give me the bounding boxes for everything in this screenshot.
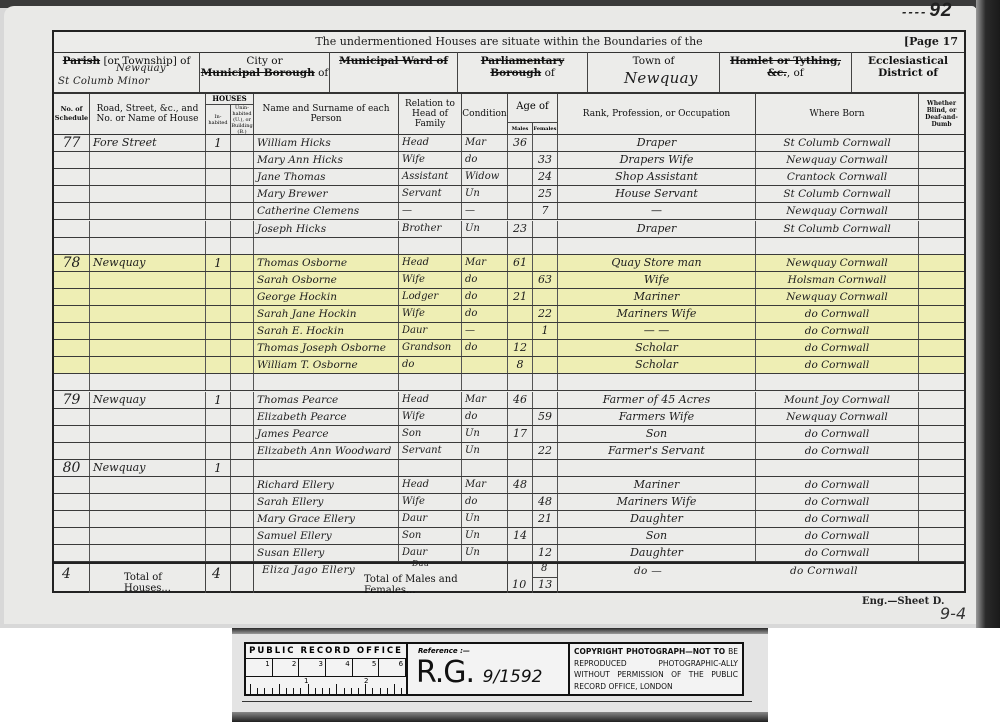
inhabited-cell [206,306,231,322]
schedule-cell [54,323,90,339]
uninhabited-cell [231,528,254,544]
age-male-cell [508,545,533,561]
road-cell: Newquay [90,255,206,271]
where-born-cell: Newquay Cornwall [756,152,919,168]
road-cell [90,221,206,237]
stamp-shadow-bottom [232,712,768,722]
inhabited-cell [206,289,231,305]
relation-cell: Wife [399,409,462,425]
road-cell [90,203,206,219]
uninhabited-cell [231,494,254,510]
age-female-cell: 21 [533,511,558,527]
occupation-cell: Shop Assistant [558,169,756,185]
age-male-cell [508,323,533,339]
inhabited-cell [206,169,231,185]
table-row: Richard ElleryHeadMar48Marinerdo Cornwal… [54,477,964,494]
schedule-cell [54,426,90,442]
where-born-cell: do Cornwall [756,528,919,544]
stamp-box: PUBLIC RECORD OFFICE 1 2 3 4 5 6 1 2 Ref… [244,642,744,696]
blind-deaf-cell [919,443,964,459]
occupation-cell: Farmer of 45 Acres [558,392,756,408]
age-female-cell: 1 [533,323,558,339]
age-female-cell [533,374,558,390]
place-heading-row: Parish [or Township] of Newquay St Colum… [54,52,964,94]
persons-total-label: Total of Males and Females... [364,574,507,596]
form-title: The undermentioned Houses are situate wi… [54,35,964,48]
relation-cell: Daur [399,323,462,339]
age-female-cell [533,528,558,544]
inhabited-cell: 1 [206,392,231,408]
occupation-cell: Mariners Wife [558,306,756,322]
where-born-cell: do Cornwall [756,306,919,322]
blind-deaf-cell [919,392,964,408]
name-cell: George Hockin [254,289,399,305]
table-row: 80Newquay1 [54,460,964,477]
schedule-cell [54,306,90,322]
age-female-cell [533,289,558,305]
uninhabited-cell [231,289,254,305]
uninhabited-cell [231,272,254,288]
relation-cell: Servant [399,443,462,459]
blind-deaf-cell [919,323,964,339]
schedule-cell: 78 [54,255,90,271]
inhabited-cell: 1 [206,460,231,476]
table-row: Catherine Clemens——7—Newquay Cornwall [54,203,964,220]
condition-cell: Mar [462,255,508,271]
age-male-cell: 48 [508,477,533,493]
blind-deaf-cell [919,477,964,493]
where-born-cell: St Columb Cornwall [756,135,919,151]
where-born-cell: do Cornwall [756,426,919,442]
road-cell [90,323,206,339]
road-cell [90,272,206,288]
blind-deaf-cell [919,460,964,476]
age-female-cell: 33 [533,152,558,168]
blind-deaf-cell [919,186,964,202]
age-female-cell [533,357,558,373]
road-cell: Fore Street [90,135,206,151]
where-born-cell: do Cornwall [756,443,919,459]
road-cell [90,306,206,322]
schedule-cell: 79 [54,392,90,408]
occupation-cell: Mariner [558,477,756,493]
condition-cell: Un [462,186,508,202]
where-born-cell: Newquay Cornwall [756,409,919,425]
totals-row: 4 Total of Houses... 4 Eliza Jago Ellery… [54,562,964,591]
age-male-cell [508,169,533,185]
sheet-footer: Eng.—Sheet D. [862,596,944,607]
age-female-cell [533,255,558,271]
road-cell [90,494,206,510]
age-male-cell: 46 [508,392,533,408]
where-born-cell [756,238,919,254]
schedule-cell [54,494,90,510]
age-title: Age of [508,94,557,123]
name-cell: Sarah Osborne [254,272,399,288]
road-cell [90,289,206,305]
blind-deaf-cell [919,238,964,254]
where-born-cell: Holsman Cornwall [756,272,919,288]
relation-cell: Head [399,392,462,408]
hamlet-cell: Hamlet or Tything, &c., of [720,52,852,92]
table-row: 79Newquay1Thomas PearceHeadMar46Farmer o… [54,392,964,409]
where-born-cell: Mount Joy Cornwall [756,392,919,408]
inhabited-cell [206,477,231,493]
col-condition: Condition [462,94,508,135]
occupation-cell: Scholar [558,340,756,356]
uninhabited-cell [231,357,254,373]
occupation-cell: — — [558,323,756,339]
road-cell: Newquay [90,392,206,408]
condition-cell: — [462,203,508,219]
occupation-cell: Son [558,426,756,442]
age-female-cell [533,477,558,493]
occupation-cell: — [558,203,756,219]
age-female-cell: 24 [533,169,558,185]
age-female-cell [533,221,558,237]
parliamentary-borough-cell: Parliamentary Borough of [458,52,588,92]
uninhabited-cell [231,135,254,151]
relation-cell: Brother [399,221,462,237]
table-row: Sarah OsborneWifedo63 WifeHolsman Cornwa… [54,272,964,289]
corner-note: 9-4 [940,604,966,623]
table-row: Samuel EllerySonUn14Sondo Cornwall [54,528,964,545]
uninhabited-cell [231,186,254,202]
name-cell: Elizabeth Ann Woodward [254,443,399,459]
table-row: Mary BrewerServantUn25House ServantSt Co… [54,186,964,203]
condition-cell [462,238,508,254]
stamp-shadow-top [232,628,768,634]
schedule-cell [54,443,90,459]
age-female-cell [533,340,558,356]
occupation-cell [558,238,756,254]
ruler-tick [394,684,395,694]
occupation-cell: Son [558,528,756,544]
occupation-cell: Scholar [558,357,756,373]
table-row: Thomas Joseph OsborneGrandsondo12Scholar… [54,340,964,357]
ruler-tick [344,688,345,694]
houses-total-label: Total of Houses... [124,572,205,594]
inhabited-cell [206,272,231,288]
stamp-reference: Reference :— R.G. 9/1592 [408,644,570,694]
ruler-tick [257,688,258,694]
uninhabited-cell [231,221,254,237]
table-row: James PearceSonUn17Sondo Cornwall [54,426,964,443]
ecclesiastical-district-label: Ecclesiastical District of [852,55,964,79]
overflow-born: do Cornwall [790,565,858,577]
overflow-name: Eliza Jago Ellery [262,564,355,576]
inhabited-total-cell: 4 [206,564,231,593]
blind-deaf-cell [919,169,964,185]
age-male-cell: 23 [508,221,533,237]
ruler-tick [329,688,330,694]
town-label: Town of [588,55,719,67]
age-female-cell [533,238,558,254]
condition-cell [462,357,508,373]
relation-cell: Grandson [399,340,462,356]
uninhabited-cell [231,392,254,408]
schedule-cell [54,409,90,425]
road-cell [90,511,206,527]
municipal-borough-label: City orMunicipal Borough of [200,55,329,79]
occupation-cell: Mariner [558,289,756,305]
blind-deaf-cell [919,306,964,322]
reference-label: Reference :— [418,647,470,655]
name-cell: Samuel Ellery [254,528,399,544]
schedule-cell [54,289,90,305]
table-row: Elizabeth PearceWifedo59Farmers WifeNewq… [54,409,964,426]
table-row: Elizabeth Ann WoodwardServantUn22Farmer'… [54,443,964,460]
occupation-cell: Quay Store man [558,255,756,271]
table-row: Sarah ElleryWifedo48Mariners Wifedo Corn… [54,494,964,511]
schedule-cell [54,477,90,493]
condition-cell: Un [462,426,508,442]
name-cell: Thomas Pearce [254,392,399,408]
road-cell [90,426,206,442]
table-row: Mary Ann HicksWifedo33Drapers WifeNewqua… [54,152,964,169]
table-row: Mary Grace ElleryDaurUn21Daughterdo Corn… [54,511,964,528]
schedule-cell [54,511,90,527]
condition-cell: do [462,340,508,356]
inhabited-cell [206,545,231,561]
inhabited-cell [206,203,231,219]
road-cell [90,152,206,168]
uninhabited-cell [231,255,254,271]
relation-cell: Wife [399,306,462,322]
road-cell [90,443,206,459]
occupation-cell: Drapers Wife [558,152,756,168]
uninhabited-cell [231,323,254,339]
condition-cell: do [462,306,508,322]
town-value: Newquay [624,69,698,87]
age-female-cell: 63 [533,272,558,288]
col-road: Road, Street, &c., and No. or Name of Ho… [90,94,206,135]
relation-cell [399,374,462,390]
blind-deaf-cell [919,203,964,219]
name-cell: Elizabeth Pearce [254,409,399,425]
schedule-cell [54,238,90,254]
table-row: Sarah E. HockinDaur—1— —do Cornwall [54,323,964,340]
col-born: Where Born [756,94,919,135]
uninhabited-cell [231,426,254,442]
name-cell: Joseph Hicks [254,221,399,237]
ruler-cm: 3 [299,659,326,676]
road-cell [90,409,206,425]
reference-value: R.G. 9/1592 [416,655,542,690]
where-born-cell: Newquay Cornwall [756,203,919,219]
condition-cell: Mar [462,477,508,493]
stamp-office: PUBLIC RECORD OFFICE [246,644,406,659]
col-uninhabited: Unin-habited (U.), or Building (B.) [231,105,253,135]
inhabited-cell [206,323,231,339]
schedule-cell [54,152,90,168]
table-row: William T. Osbornedo8Scholardo Cornwall [54,357,964,374]
condition-cell [462,460,508,476]
ruler-tick [293,688,294,694]
col-occupation: Rank, Profession, or Occupation [558,94,756,135]
ruler-tick [250,684,251,694]
table-row [54,238,964,255]
ruler-tick [300,688,301,694]
page-label: [Page 17 [904,35,958,48]
where-born-cell: Newquay Cornwall [756,289,919,305]
road-cell [90,169,206,185]
municipal-ward-cell: Municipal Ward of [330,52,458,92]
relation-cell: — [399,203,462,219]
table-row: Sarah Jane HockinWifedo22Mariners Wifedo… [54,306,964,323]
parish-value-2: St Columb Minor [58,76,150,87]
age-male-cell [508,272,533,288]
occupation-cell: Wife [558,272,756,288]
condition-cell: do [462,272,508,288]
parish-value: Newquay [116,63,166,74]
schedule-cell [54,221,90,237]
condition-cell [462,374,508,390]
blind-deaf-cell [919,221,964,237]
inhabited-cell [206,186,231,202]
name-cell [254,374,399,390]
age-male-cell [508,238,533,254]
where-born-cell [756,374,919,390]
schedule-cell [54,357,90,373]
condition-cell: Un [462,221,508,237]
ruler-tick [286,688,287,694]
hamlet-label: Hamlet or Tything, &c., of [720,55,851,79]
schedule-total-cell: 4 [54,564,90,593]
age-male-cell [508,152,533,168]
age-female-cell: 22 [533,306,558,322]
schedule-cell [54,545,90,561]
ruler-tick [387,688,388,694]
relation-cell: Son [399,528,462,544]
relation-cell: Daur [399,545,462,561]
blind-deaf-cell [919,545,964,561]
where-born-cell: Crantock Cornwall [756,169,919,185]
col-blind: Whether Blind, or Deaf-and-Dumb [919,94,964,135]
name-cell: Mary Brewer [254,186,399,202]
col-age-male: Males [508,123,533,135]
condition-cell: Widow [462,169,508,185]
road-cell [90,340,206,356]
occupation-cell: Farmer's Servant [558,443,756,459]
ruler-tick [401,688,402,694]
parish-cell: Parish [or Township] of Newquay St Colum… [54,52,200,92]
houses-title: HOUSES [206,94,253,105]
name-cell: William T. Osborne [254,357,399,373]
ruler-tick [358,688,359,694]
stamp-ruler: PUBLIC RECORD OFFICE 1 2 3 4 5 6 1 2 [246,644,408,694]
ruler-cm: 2 [273,659,300,676]
name-cell: Mary Grace Ellery [254,511,399,527]
females-total: 13 [538,578,553,591]
age-male-cell [508,443,533,459]
condition-cell: Un [462,528,508,544]
ruler-tick [279,684,280,694]
ruler-cm: 5 [353,659,380,676]
table-row: Jane ThomasAssistantWidow24Shop Assistan… [54,169,964,186]
where-born-cell: do Cornwall [756,511,919,527]
condition-cell: Mar [462,392,508,408]
name-cell: William Hicks [254,135,399,151]
inhabited-cell: 1 [206,135,231,151]
schedule-cell: 80 [54,460,90,476]
age-female-cell: 25 [533,186,558,202]
relation-cell: Servant [399,186,462,202]
blind-deaf-cell [919,289,964,305]
overflow-age-female: 8 [541,563,548,574]
road-cell [90,186,206,202]
ruler-tick [380,688,381,694]
relation-cell: Wife [399,272,462,288]
blind-deaf-cell [919,374,964,390]
age-male-cell: 12 [508,340,533,356]
name-cell: Sarah Jane Hockin [254,306,399,322]
col-inhabited: In-habited [206,105,231,135]
occupation-cell: Farmers Wife [558,409,756,425]
ruler-tick [272,688,273,694]
uninhabited-cell [231,340,254,356]
uninhabited-cell [231,238,254,254]
age-female-cell: 48 [533,494,558,510]
ruler-tick [372,688,373,694]
blind-deaf-cell [919,426,964,442]
where-born-cell [756,460,919,476]
schedule-cell [54,186,90,202]
condition-cell: do [462,152,508,168]
age-male-cell [508,494,533,510]
municipal-ward-label: Municipal Ward of [330,55,457,67]
occupation-cell: Draper [558,135,756,151]
age-female-cell: 7 [533,203,558,219]
overflow-cell: do — do Cornwall [558,564,964,593]
relation-cell: Son [399,426,462,442]
where-born-cell: do Cornwall [756,357,919,373]
ruler-tick [308,684,309,694]
age-male-cell [508,460,533,476]
uninhabited-cell [231,374,254,390]
where-born-cell: St Columb Cornwall [756,186,919,202]
relation-cell: Wife [399,152,462,168]
age-female-cell [533,135,558,151]
occupation-cell: House Servant [558,186,756,202]
age-female-cell: 59 [533,409,558,425]
table-row: 77Fore Street1William HicksHeadMar36Drap… [54,135,964,152]
inhabited-cell [206,238,231,254]
schedule-cell [54,374,90,390]
ruler-cm: 6 [379,659,406,676]
age-male-cell [508,374,533,390]
name-cell: Sarah E. Hockin [254,323,399,339]
age-male-cell [508,203,533,219]
road-cell [90,528,206,544]
name-cell: Richard Ellery [254,477,399,493]
condition-cell: — [462,323,508,339]
col-schedule: No. of Schedule [54,94,90,135]
col-age-female: Females [533,123,557,135]
blind-deaf-cell [919,409,964,425]
road-cell [90,357,206,373]
name-cell: Thomas Joseph Osborne [254,340,399,356]
road-cell [90,238,206,254]
age-male-cell [508,511,533,527]
road-cell [90,374,206,390]
where-born-cell: do Cornwall [756,477,919,493]
inhabited-cell [206,357,231,373]
occupation-cell: Draper [558,221,756,237]
relation-cell: Head [399,255,462,271]
road-cell [90,477,206,493]
age-male-cell [508,306,533,322]
